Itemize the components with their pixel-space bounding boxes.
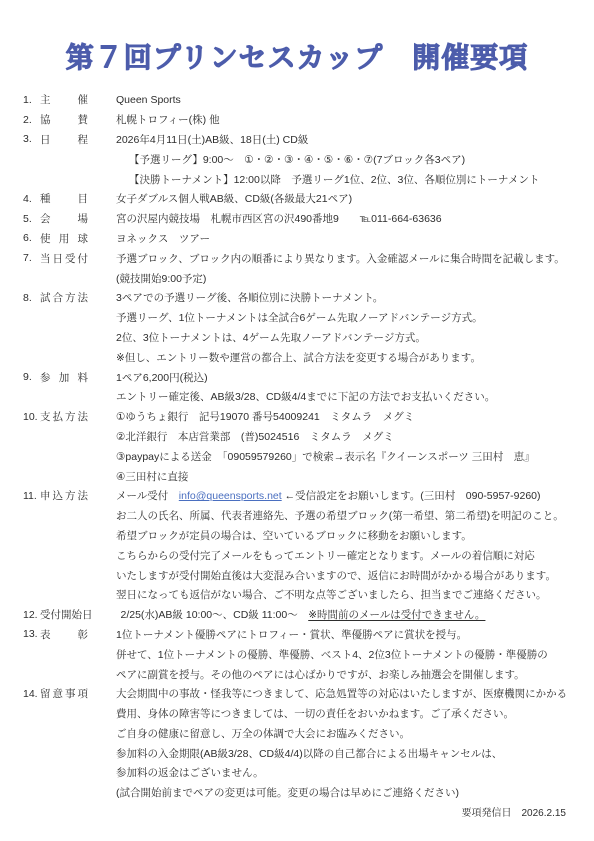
item-text: 参加料の返金はございません。 [116, 765, 264, 780]
item-label: 受付開始日 [40, 607, 93, 622]
item-text: 予選リーグ、1位トーナメントは全試合6ゲーム先取ノーアドバンテージ方式。 [116, 310, 483, 325]
item-label: 種目 [40, 191, 88, 206]
item-row-2: 2.協賛札幌トロフィー(株) 他 [0, 110, 594, 130]
item-continuation-line: 【決勝トーナメント】12:00以降 予選リーグ1位、2位、3位、各順位別にトーナ… [0, 169, 594, 189]
item-text: ペアに副賞を授与。その他のペアには心ばかりですが、お楽しみ抽選会を開催します。 [116, 667, 525, 682]
item-row-8: 8.試合方法3ペアでの予選リーグ後、各順位別に決勝トーナメント。 [0, 288, 594, 308]
page-title: 第７回プリンセスカップ 開催要項 [0, 36, 594, 76]
item-continuation-line: 翌日になっても返信がない場合、ご不明な点等ございましたら、担当までご連絡ください… [0, 585, 594, 605]
item-text: 宮の沢屋内競技場 札幌市西区宮の沢490番地9 ℡011-664-63636 [116, 211, 442, 226]
item-continuation-line: ②北洋銀行 本店営業部 (普)5024516 ミタムラ メグミ [0, 427, 594, 447]
item-row-7: 7.当日受付予選ブロック、ブロック内の順番により異なります。入金確認メールに集合… [0, 248, 594, 268]
item-text: 大会期間中の事故・怪我等につきまして、応急処置等の対応はいたしますが、医療機関に… [116, 686, 567, 701]
item-text: ※但し、エントリー数や運営の都合上、試合方法を変更する場合があります。 [116, 350, 481, 365]
item-continuation-line: ペアに副賞を授与。その他のペアには心ばかりですが、お楽しみ抽選会を開催します。 [0, 664, 594, 684]
item-text: 1位トーナメント優勝ペアにトロフィー・賞状、準優勝ペアに賞状を授与。 [116, 627, 467, 642]
item-label: 参加料 [40, 370, 88, 385]
item-text: ④三田村に直接 [116, 469, 188, 484]
item-text: エントリー確定後、AB級3/28、CD級4/4までに下記の方法でお支払いください… [116, 389, 495, 404]
item-text: 翌日になっても返信がない場合、ご不明な点等ございましたら、担当までご連絡ください… [116, 587, 547, 602]
item-text: 予選ブロック、ブロック内の順番により異なります。入金確認メールに集合時間を記載し… [116, 251, 565, 266]
item-row-10: 10.支払方法①ゆうちょ銀行 記号19070 番号54009241 ミタムラ メ… [0, 407, 594, 427]
item-text: メール受付 info@queensports.net ←受信設定をお願いします。… [116, 488, 541, 503]
item-row-9: 9.参加料1ペア6,200円(税込) [0, 367, 594, 387]
document-page: 第７回プリンセスカップ 開催要項 1.主催Queen Sports2.協賛札幌ト… [0, 0, 594, 841]
underlined-note: ※時間前のメールは受付できません。 [308, 609, 485, 621]
item-continuation-line: 予選リーグ、1位トーナメントは全試合6ゲーム先取ノーアドバンテージ方式。 [0, 308, 594, 328]
item-label: 表彰 [40, 627, 88, 642]
item-label: 会場 [40, 211, 88, 226]
item-text: 【決勝トーナメント】12:00以降 予選リーグ1位、2位、3位、各順位別にトーナ… [129, 172, 539, 187]
item-text: 女子ダブルス個人戦AB級、CD級(各級最大21ペア) [116, 191, 352, 206]
item-label: 日程 [40, 132, 88, 147]
item-continuation-line: 併せて、1位トーナメントの優勝、準優勝、ベスト4、2位3位トーナメントの優勝・準… [0, 644, 594, 664]
item-number: 11. [23, 490, 40, 502]
item-number: 4. [23, 193, 40, 205]
item-label: 申込方法 [40, 488, 88, 503]
item-text: ②北洋銀行 本店営業部 (普)5024516 ミタムラ メグミ [116, 429, 394, 444]
text-segment: 2/25(水)AB級 10:00～、CD級 11:00～ [121, 609, 309, 621]
item-label: 支払方法 [40, 409, 88, 424]
item-row-3: 3.日程2026年4月11日(土)AB級、18日(土) CD級 [0, 130, 594, 150]
item-text: (試合開始前までペアの変更は可能。変更の場合は早めにご連絡ください) [116, 785, 459, 800]
item-continuation-line: ご自身の健康に留意し、万全の体調で大会にお臨みください。 [0, 724, 594, 744]
item-number: 3. [23, 133, 40, 145]
item-number: 9. [23, 371, 40, 383]
item-row-14: 14.留意事項大会期間中の事故・怪我等につきまして、応急処置等の対応はいたします… [0, 684, 594, 704]
item-text: 費用、身体の障害等につきましては、一切の責任をおいかねます。ご了承ください。 [116, 706, 514, 721]
item-number: 13. [23, 628, 40, 640]
item-number: 6. [23, 232, 40, 244]
item-number: 12. [23, 609, 40, 621]
item-text: 2/25(水)AB級 10:00～、CD級 11:00～ ※時間前のメールは受付… [121, 607, 486, 622]
item-text: 参加料の入金期限(AB級3/28、CD級4/4)以降の自己都合による出場キャンセ… [116, 746, 502, 761]
item-text: 1ペア6,200円(税込) [116, 370, 208, 385]
email-link[interactable]: info@queensports.net [179, 490, 282, 502]
item-continuation-line: こちらからの受付完了メールをもってエントリー確定となります。メールの着信順に対応 [0, 545, 594, 565]
item-label: 当日受付 [40, 251, 88, 266]
item-text: ①ゆうちょ銀行 記号19070 番号54009241 ミタムラ メグミ [116, 409, 414, 424]
item-text: 2026年4月11日(土)AB級、18日(土) CD級 [116, 132, 308, 147]
item-number: 7. [23, 252, 40, 264]
item-label: 協賛 [40, 112, 88, 127]
item-continuation-line: 2位、3位トーナメントは、4ゲーム先取ノーアドバンテージ方式。 [0, 328, 594, 348]
item-text: 3ペアでの予選リーグ後、各順位別に決勝トーナメント。 [116, 290, 383, 305]
item-continuation-line: 【予選リーグ】9:00～ ①・②・③・④・⑤・⑥・⑦(7ブロック各3ペア) [0, 149, 594, 169]
text-segment: ←受信設定をお願いします。(三田村 090-5957-9260) [282, 490, 541, 502]
item-continuation-line: いたしますが受付開始直後は大変混み合いますので、返信にお時間がかかる場合がありま… [0, 565, 594, 585]
item-text: こちらからの受付完了メールをもってエントリー確定となります。メールの着信順に対応 [116, 548, 535, 563]
item-continuation-line: 参加料の入金期限(AB級3/28、CD級4/4)以降の自己都合による出場キャンセ… [0, 743, 594, 763]
item-row-12: 12.受付開始日2/25(水)AB級 10:00～、CD級 11:00～ ※時間… [0, 605, 594, 625]
item-text: ヨネックス ツアー [116, 231, 210, 246]
item-continuation-line: ③paypayによる送金 「09059579260」で検索→表示名『クイーンスポ… [0, 446, 594, 466]
issue-date: 要項発信日 2026.2.15 [462, 804, 567, 819]
item-text: ③paypayによる送金 「09059579260」で検索→表示名『クイーンスポ… [116, 449, 535, 464]
item-row-5: 5.会場宮の沢屋内競技場 札幌市西区宮の沢490番地9 ℡011-664-636… [0, 209, 594, 229]
item-number: 10. [23, 411, 40, 423]
item-continuation-line: (競技開始9:00予定) [0, 268, 594, 288]
item-number: 5. [23, 213, 40, 225]
item-number: 2. [23, 114, 40, 126]
item-row-1: 1.主催Queen Sports [0, 90, 594, 110]
item-row-13: 13.表彰1位トーナメント優勝ペアにトロフィー・賞状、準優勝ペアに賞状を授与。 [0, 625, 594, 645]
item-continuation-line: 費用、身体の障害等につきましては、一切の責任をおいかねます。ご了承ください。 [0, 704, 594, 724]
item-text: お二人の氏名、所属、代表者連絡先、予選の希望ブロック(第一希望、第二希望)を明記… [116, 508, 564, 523]
item-text: 札幌トロフィー(株) 他 [116, 112, 220, 127]
item-text: ご自身の健康に留意し、万全の体調で大会にお臨みください。 [116, 726, 410, 741]
item-text: 併せて、1位トーナメントの優勝、準優勝、ベスト4、2位3位トーナメントの優勝・準… [116, 647, 548, 662]
item-continuation-line: 参加料の返金はございません。 [0, 763, 594, 783]
item-row-4: 4.種目女子ダブルス個人戦AB級、CD級(各級最大21ペア) [0, 189, 594, 209]
item-text: (競技開始9:00予定) [116, 271, 206, 286]
item-number: 14. [23, 688, 40, 700]
item-continuation-line: エントリー確定後、AB級3/28、CD級4/4までに下記の方法でお支払いください… [0, 387, 594, 407]
item-label: 試合方法 [40, 290, 88, 305]
item-continuation-line: (試合開始前までペアの変更は可能。変更の場合は早めにご連絡ください) [0, 783, 594, 803]
item-continuation-line: ④三田村に直接 [0, 466, 594, 486]
item-label: 留意事項 [40, 686, 88, 701]
item-row-11: 11.申込方法メール受付 info@queensports.net ←受信設定を… [0, 486, 594, 506]
item-text: Queen Sports [116, 94, 181, 106]
item-text: 【予選リーグ】9:00～ ①・②・③・④・⑤・⑥・⑦(7ブロック各3ペア) [129, 152, 465, 167]
item-continuation-line: お二人の氏名、所属、代表者連絡先、予選の希望ブロック(第一希望、第二希望)を明記… [0, 506, 594, 526]
text-segment: メール受付 [116, 490, 179, 502]
item-text: いたしますが受付開始直後は大変混み合いますので、返信にお時間がかかる場合がありま… [116, 568, 556, 583]
item-continuation-line: 希望ブロックが定員の場合は、空いているブロックに移動をお願いします。 [0, 526, 594, 546]
item-text: 2位、3位トーナメントは、4ゲーム先取ノーアドバンテージ方式。 [116, 330, 426, 345]
item-row-6: 6.使用球ヨネックス ツアー [0, 229, 594, 249]
item-number: 1. [23, 94, 40, 106]
item-continuation-line: ※但し、エントリー数や運営の都合上、試合方法を変更する場合があります。 [0, 347, 594, 367]
item-text: 希望ブロックが定員の場合は、空いているブロックに移動をお願いします。 [116, 528, 472, 543]
item-label: 使用球 [40, 231, 88, 246]
items-list: 1.主催Queen Sports2.協賛札幌トロフィー(株) 他3.日程2026… [0, 90, 594, 803]
item-number: 8. [23, 292, 40, 304]
item-label: 主催 [40, 92, 88, 107]
